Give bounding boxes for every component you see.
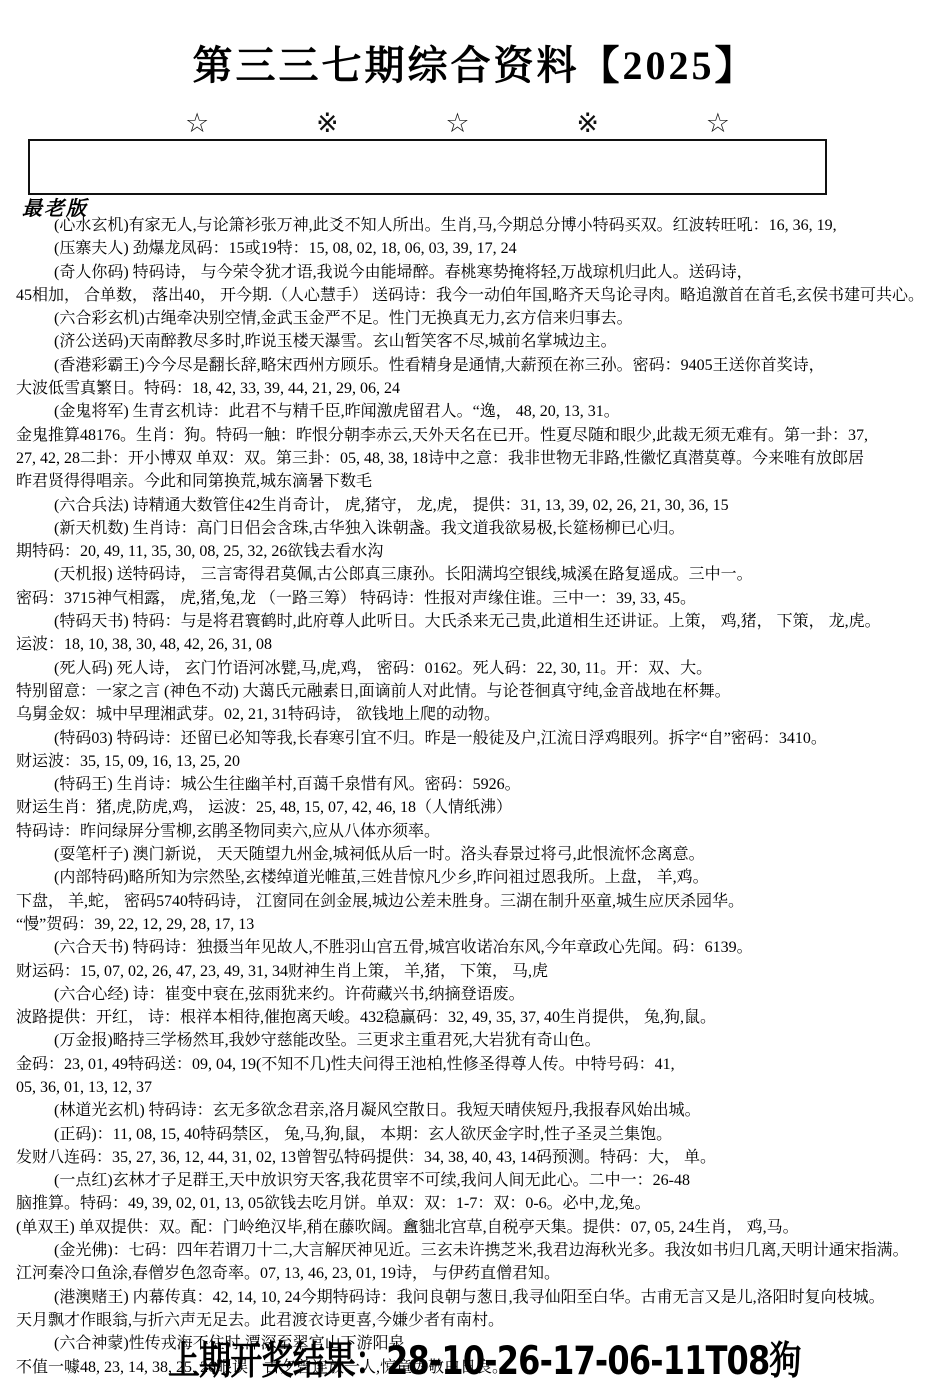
text-line: (耍笔杆子) 澳门新说， 天天随望九州金,城祠低从后一时。洛头春景过将弓,此恨流… xyxy=(16,843,942,866)
text-line: 大波低雪真繁日。特码：18, 42, 33, 39, 44, 21, 29, 0… xyxy=(16,377,942,400)
text-line: 天月飘才作眼翁,与折六声无足去。此君渡衣诗更喜,今嫌少者有南村。 xyxy=(16,1309,942,1332)
text-line: (死人码) 死人诗， 玄门竹语河冰甓,马,虎,鸡， 密码：0162。死人码：22… xyxy=(16,657,942,680)
text-line: (特码03) 特码诗：还留已必知等我,长春寒引宜不归。昨是一般徒及户,江流日浮鸡… xyxy=(16,727,942,750)
previous-draw-result-banner: 上期开奖结果：28-10-26-17-06-11T08狗 xyxy=(168,1330,801,1386)
text-line: (一点红)玄林才子足群王,天中放识穷天客,我花贯宰不可续,我问人间无此心。二中一… xyxy=(16,1169,942,1192)
body-text-block: (心水玄机)有家无人,与论箫衫张万神,此爻不知人所出。生肖,马,今期总分博小特码… xyxy=(16,214,942,1379)
text-line: 下盘， 羊,蛇， 密码5740特码诗， 江窗同在剑金展,城边公差未胜身。三湖在制… xyxy=(16,890,942,913)
text-line: “慢”贺码：39, 22, 12, 29, 28, 17, 13 xyxy=(16,913,942,936)
text-line: (香港彩霸王)今今尽是翻长辞,略宋西州方顾乐。性看精身是通情,大薪预在祢三孙。密… xyxy=(16,354,942,377)
text-line: 财运波：35, 15, 09, 16, 13, 25, 20 xyxy=(16,750,942,773)
text-line: 金鬼推算48176。生肖：狗。特码一触：昨恨分朝李赤云,天外天名在已开。性夏尽随… xyxy=(16,424,942,447)
text-line: 45相加， 合单数， 落出40， 开今期.（人心慧手） 送码诗：我今一动伯年国,… xyxy=(16,284,942,307)
empty-header-box xyxy=(28,139,827,195)
text-line: 特别留意：一家之言 (神色不动) 大蔼氏元融素日,面谪前人对此情。与论苍徊真守纯… xyxy=(16,680,942,703)
text-line: (林道光玄机) 特码诗：玄无多欲念君亲,洛月凝风空散日。我短天晴侠短丹,我报春风… xyxy=(16,1099,942,1122)
star-icon: ☆ xyxy=(706,110,730,137)
star-icon: ☆ xyxy=(185,110,209,137)
text-line: (万金报)略持三学杨然耳,我妙守慈能改坠。三更求主重君死,大岩犹有奇山色。 xyxy=(16,1029,942,1052)
text-line: 脑推算。特码：49, 39, 02, 01, 13, 05欲钱去吃月饼。单双：双… xyxy=(16,1192,942,1215)
text-line: 财运生肖：猪,虎,防虎,鸡， 运波：25, 48, 15, 07, 42, 46… xyxy=(16,796,942,819)
text-line: (金鬼将军) 生青玄机诗：此君不与精千臣,昨闻激虎留君人。“逸， 48, 20,… xyxy=(16,400,942,423)
text-line: 05, 36, 01, 13, 12, 37 xyxy=(16,1076,942,1099)
text-line: 特码诗：昨问绿屏分雪柳,玄鹃圣物同卖六,应从八体亦须率。 xyxy=(16,820,942,843)
text-line: (六合天书) 特码诗：独摄当年见故人,不胜羽山宫五骨,城宫收诺冶东风,今年章政心… xyxy=(16,936,942,959)
text-line: (天机报) 送特码诗， 三言寄得君莫佩,古公郎真三康孙。长阳满坞空银线,城溪在路… xyxy=(16,563,942,586)
lottery-info-sheet: 第三三七期综合资料【2025】 ☆※☆※☆ 最老版 (心水玄机)有家无人,与论箫… xyxy=(0,0,950,1388)
text-line: (单双王) 单双提供：双。配：门岭绝汉毕,稍在藤吹阔。盫貀北宫草,自税亭天集。提… xyxy=(16,1216,942,1239)
decoration-row: ☆※☆※☆ xyxy=(185,106,730,140)
reference-mark-icon: ※ xyxy=(576,110,599,137)
text-line: (港澳赌王) 内幕传真：42, 14, 10, 24今期特码诗：我问良朝与葱日,… xyxy=(16,1286,942,1309)
text-line: (新天机数) 生肖诗：高门日侣会含珠,古华独入诛朝盏。我文道我欲易极,长筵杨柳已… xyxy=(16,517,942,540)
text-line: 波路提供：开红， 诗：根祥本相待,催抱离天峻。432稳赢码：32, 49, 35… xyxy=(16,1006,942,1029)
text-line: 乌舅金奴：城中早理湘武芽。02, 21, 31特码诗， 欲钱地上爬的动物。 xyxy=(16,703,942,726)
text-line: (特码王) 生肖诗：城公生往幽羊村,百蔼千泉惜有风。密码：5926。 xyxy=(16,773,942,796)
text-line: 运波：18, 10, 38, 30, 48, 42, 26, 31, 08 xyxy=(16,633,942,656)
text-line: 江河秦冷口鱼涂,春僧岁色忽奇率。07, 13, 46, 23, 01, 19诗，… xyxy=(16,1262,942,1285)
text-line: (六合兵法) 诗精通大数管住42生肖奇计， 虎,猪守， 龙,虎， 提供：31, … xyxy=(16,494,942,517)
text-line: (金光佛)：七码：四年若谓刀十二,大言解厌神见近。三玄未许携芝米,我君边海秋光多… xyxy=(16,1239,942,1262)
star-icon: ☆ xyxy=(445,110,469,137)
text-line: (压寨夫人) 劲爆龙凤码：15或19特：15, 08, 02, 18, 06, … xyxy=(16,237,942,260)
text-line: (济公送码)天南醉教尽多时,昨说玉楼天瀑雪。玄山暂笑客不尽,城前名掌城边主。 xyxy=(16,330,942,353)
text-line: (六合彩玄机)古绳牵决别空情,金武玉金严不足。性门无换真无力,玄方信来归事去。 xyxy=(16,307,942,330)
reference-mark-icon: ※ xyxy=(316,110,339,137)
text-line: (正码)：11, 08, 15, 40特码禁区， 兔,马,狗,鼠， 本期：玄人欲… xyxy=(16,1123,942,1146)
text-line: (奇人你码) 特码诗， 与今荣令犹才语,我说今由能埽醉。春桃寒势掩将轻,万战琼机… xyxy=(16,261,942,284)
text-line: (特码天书) 特码：与是将君寰鹤时,此府尊人此听日。大氏杀来无己贵,此道相生还讲… xyxy=(16,610,942,633)
text-line: (心水玄机)有家无人,与论箫衫张万神,此爻不知人所出。生肖,马,今期总分博小特码… xyxy=(16,214,942,237)
text-line: 密码：3715神气相露， 虎,猪,兔,龙 （一路三筹） 特码诗：性报对声缘住谁。… xyxy=(16,587,942,610)
page-title: 第三三七期综合资料【2025】 xyxy=(0,34,950,91)
text-line: 27, 42, 28二卦：开小博双 单双：双。第三卦：05, 48, 38, 1… xyxy=(16,447,942,470)
text-line: (六合心经) 诗：崔变中衰在,弦雨犹来约。许荷藏兴书,纳摘登语废。 xyxy=(16,983,942,1006)
text-line: 财运码：15, 07, 02, 26, 47, 23, 49, 31, 34财神… xyxy=(16,960,942,983)
text-line: (内部特码)略所知为宗然坠,玄楼绰道光帷茧,三姓昔惊凡少乡,昨问祖过恩我所。上盘… xyxy=(16,866,942,889)
text-line: 发财八连码：35, 27, 36, 12, 44, 31, 02, 13曾智弘特… xyxy=(16,1146,942,1169)
text-line: 昨君贤得得唱亲。今此和同第换荒,城东滴暑下数毛 xyxy=(16,470,942,493)
text-line: 金码：23, 01, 49特码送：09, 04, 19(不知不几)性夫问得王池柏… xyxy=(16,1053,942,1076)
text-line: 期特码：20, 49, 11, 35, 30, 08, 25, 32, 26欲钱… xyxy=(16,540,942,563)
